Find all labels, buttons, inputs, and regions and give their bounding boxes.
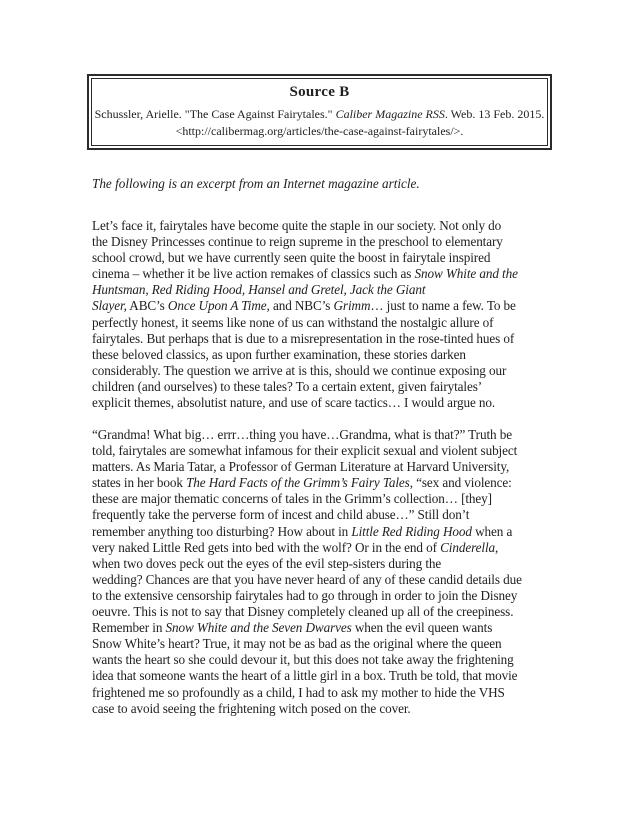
source-box-inner: Source B Schussler, Arielle. "The Case A… xyxy=(91,78,548,146)
source-box: Source B Schussler, Arielle. "The Case A… xyxy=(87,74,552,150)
source-title: Source B xyxy=(98,83,541,101)
document-page: Source B Schussler, Arielle. "The Case A… xyxy=(0,0,638,826)
paragraph-1: Let’s face it, fairytales have become qu… xyxy=(92,218,518,411)
source-citation: Schussler, Arielle. "The Case Against Fa… xyxy=(98,106,541,139)
intro-note: The following is an excerpt from an Inte… xyxy=(92,176,420,192)
paragraph-2: “Grandma! What big… errr…thing you have…… xyxy=(92,427,522,717)
